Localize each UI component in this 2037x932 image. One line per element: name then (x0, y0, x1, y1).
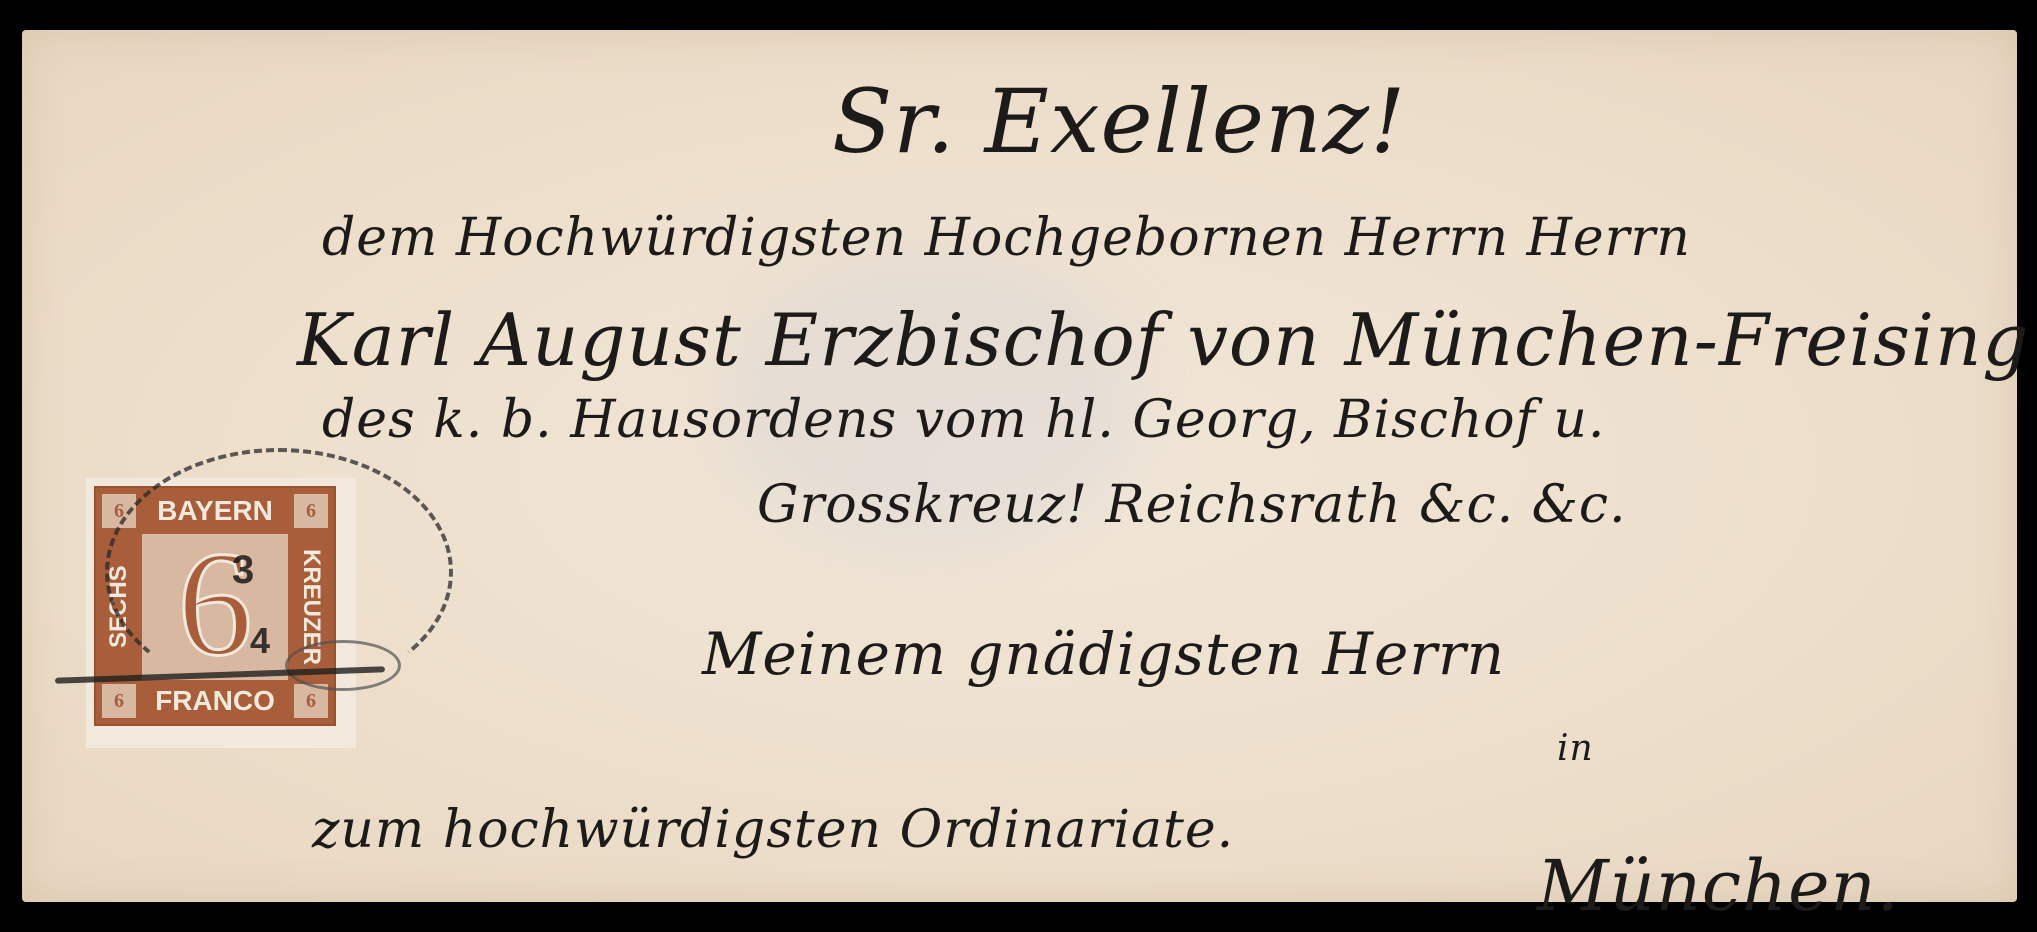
stamp-corner-numeral: 6 (102, 684, 136, 718)
address-line-in: in (1557, 728, 1594, 769)
address-line-salutation: Sr. Exellenz! (832, 70, 1406, 173)
address-line-name: Karl August Erzbischof von München-Freis… (297, 298, 2029, 382)
address-line-honorific: dem Hochwürdigsten Hochgebornen Herrn He… (322, 208, 1691, 268)
postmark-digit: 4 (250, 620, 270, 662)
address-line-dedication: Meinem gnädigsten Herrn (702, 620, 1505, 688)
postmark-circle (105, 448, 453, 696)
address-line-title: Grosskreuz! Reichsrath &c. &c. (757, 475, 1627, 535)
address-line-city: München. (1537, 845, 1900, 927)
address-line-ordinariate: zum hochwürdigsten Ordinariate. (312, 800, 1234, 860)
cancel-oval-mark (285, 640, 401, 691)
address-line-order: des k. b. Hausordens vom hl. Georg, Bisc… (322, 390, 1605, 450)
postmark-digit: 3 (232, 548, 254, 593)
